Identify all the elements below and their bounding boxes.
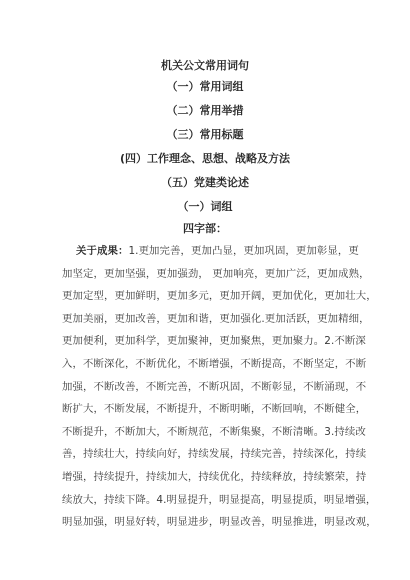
subsection-heading: （一）词组 [0,200,410,214]
paragraph-lead: 关于成果： [76,245,128,257]
paragraph-line: 入，不断深化，不断优化，不断增强，不断提高，不断坚定，不断 [62,357,354,380]
paragraph-line: 增强，持续提升，持续加大，持续优化，持续释放，持续繁荣，持 [62,470,354,493]
section-heading: （二）常用举措 [0,104,410,118]
section-heading: （一）常用词组 [0,80,410,94]
section-heading: （五）党建类论述 [0,176,410,190]
paragraph-line: 更加定型，更加鲜明，更加多元，更加开阔，更加优化，更加壮大， [62,289,354,312]
paragraph-line: 更加便利，更加科学，更加聚神，更加聚焦，更加聚力。2.不断深 [62,334,354,357]
paragraph-line: 更加美丽，更加改善，更加和谐，更加强化.更加活跃，更加精细， [62,312,354,335]
document-title: 机关公文常用词句 [0,59,410,73]
paragraph-line: 不断提升，不断加大，不断规范，不断集聚，不断清晰。3.持续改 [62,425,354,448]
section-heading: (四）工作理念、思想、战略及方法 [0,152,410,166]
body-paragraph: 关于成果：1.更加完善，更加凸显，更加巩固，更加彰显，更 加坚定，更加坚强，更加… [62,244,354,538]
paragraph-line: 明显加强，明显好转，明显进步，明显改善，明显推进，明显改观， [62,515,354,538]
paragraph-line: 续放大，持续下降。4.明显提升，明显提高，明显提质，明显增强， [62,493,354,516]
document-page: 机关公文常用词句 （一）常用词组 （二）常用举措 （三）常用标题 (四）工作理念… [0,0,410,580]
paragraph-line: 加坚定，更加坚强，更加强劲， 更加响亮，更加广泛，更加成熟， [62,267,354,290]
paragraph-line: 断扩大，不断发展，不断提升，不断明晰，不断回响，不断健全， [62,402,354,425]
paragraph-line: 善，持续壮大，持续向好，持续发展，持续完善，持续深化，持续 [62,447,354,470]
subsection-heading: 四字部： [0,222,410,236]
paragraph-line: 加强，不断改善，不断完善，不断巩固，不断彰显，不断涌现，不 [62,380,354,403]
section-heading: （三）常用标题 [0,128,410,142]
paragraph-line: 关于成果：1.更加完善，更加凸显，更加巩固，更加彰显，更 [62,244,354,267]
